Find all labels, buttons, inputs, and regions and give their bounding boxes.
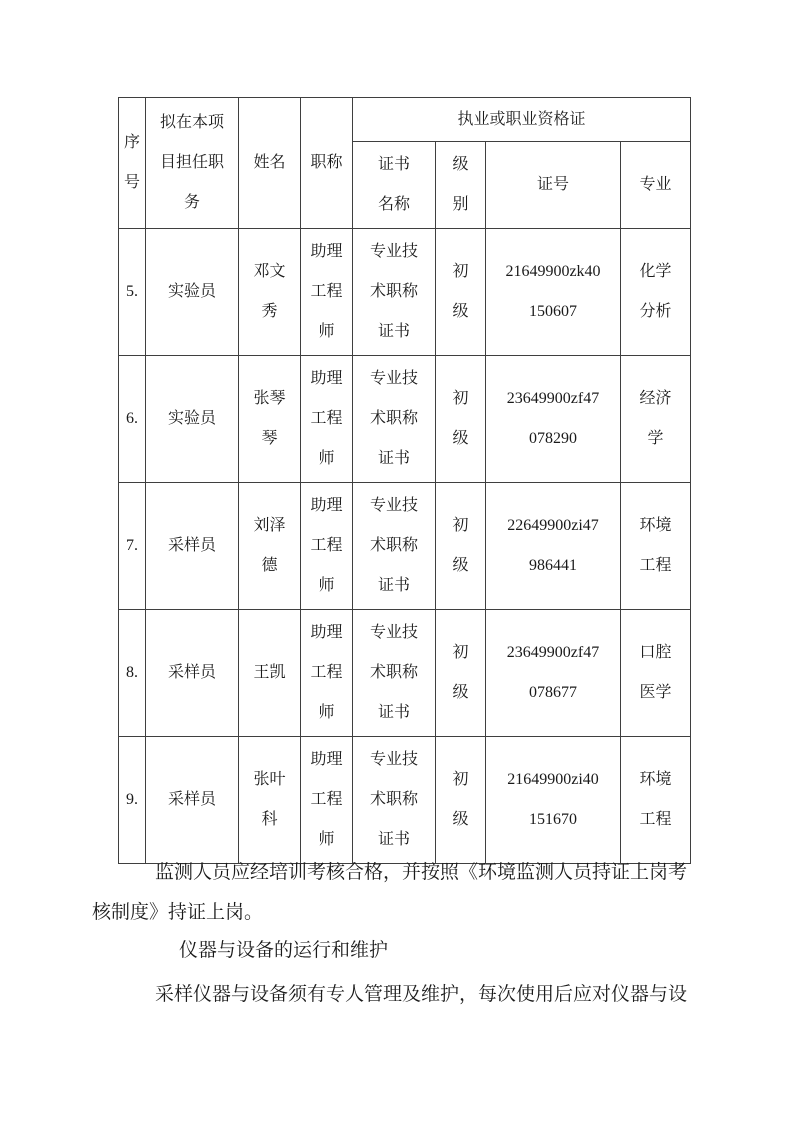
cell-no: 5. <box>119 229 146 356</box>
heading-instruments: 仪器与设备的运行和维护 <box>92 931 800 971</box>
header-col-title: 职称 <box>301 98 353 229</box>
header-col-position: 拟在本项 目担任职 务 <box>146 98 239 229</box>
paragraph-training: 监测人员应经培训考核合格，并按照《环境监测人员持证上岗考 核制度》持证上岗。 <box>92 853 714 933</box>
cell-no: 7. <box>119 483 146 610</box>
cell-level: 初 级 <box>436 737 486 864</box>
cell-title: 助理 工程 师 <box>301 737 353 864</box>
header-col-level: 级 别 <box>436 142 486 229</box>
cell-title: 助理 工程 师 <box>301 483 353 610</box>
cell-position: 采样员 <box>146 483 239 610</box>
table-row: 6. 实验员 张琴 琴 助理 工程 师 专业技 术职称 证书 初 级 23649… <box>119 356 691 483</box>
cell-major: 环境 工程 <box>621 483 691 610</box>
paragraph-sampling: 采样仪器与设备须有专人管理及维护，每次使用后应对仪器与设 <box>92 975 714 1015</box>
table-row: 5. 实验员 邓文 秀 助理 工程 师 专业技 术职称 证书 初 级 21649… <box>119 229 691 356</box>
cell-major: 化学 分析 <box>621 229 691 356</box>
cell-no: 6. <box>119 356 146 483</box>
cell-cert-name: 专业技 术职称 证书 <box>353 610 436 737</box>
cell-level: 初 级 <box>436 356 486 483</box>
cell-cert-no: 21649900zi40 151670 <box>486 737 621 864</box>
cell-title: 助理 工程 师 <box>301 229 353 356</box>
table-row: 8. 采样员 王凯 助理 工程 师 专业技 术职称 证书 初 级 2364990… <box>119 610 691 737</box>
cell-cert-no: 23649900zf47 078290 <box>486 356 621 483</box>
document-page: 序 号 拟在本项 目担任职 务 姓名 职称 执业或职业资格证 证书 名称 级 别… <box>0 0 800 1131</box>
cell-name: 邓文 秀 <box>239 229 301 356</box>
cell-name: 刘泽 德 <box>239 483 301 610</box>
cell-major: 经济 学 <box>621 356 691 483</box>
cell-position: 实验员 <box>146 229 239 356</box>
cell-title: 助理 工程 师 <box>301 610 353 737</box>
header-col-cert-name: 证书 名称 <box>353 142 436 229</box>
cell-cert-no: 23649900zf47 078677 <box>486 610 621 737</box>
cell-cert-name: 专业技 术职称 证书 <box>353 229 436 356</box>
cell-name: 王凯 <box>239 610 301 737</box>
cell-major: 环境 工程 <box>621 737 691 864</box>
table-row: 7. 采样员 刘泽 德 助理 工程 师 专业技 术职称 证书 初 级 22649… <box>119 483 691 610</box>
cell-title: 助理 工程 师 <box>301 356 353 483</box>
cell-position: 采样员 <box>146 737 239 864</box>
cell-no: 9. <box>119 737 146 864</box>
header-group-certificate: 执业或职业资格证 <box>353 98 691 142</box>
cell-position: 实验员 <box>146 356 239 483</box>
cell-cert-no: 21649900zk40 150607 <box>486 229 621 356</box>
cell-name: 张叶 科 <box>239 737 301 864</box>
personnel-qualification-table: 序 号 拟在本项 目担任职 务 姓名 职称 执业或职业资格证 证书 名称 级 别… <box>118 97 691 864</box>
cell-cert-name: 专业技 术职称 证书 <box>353 737 436 864</box>
table-row: 9. 采样员 张叶 科 助理 工程 师 专业技 术职称 证书 初 级 21649… <box>119 737 691 864</box>
cell-no: 8. <box>119 610 146 737</box>
cell-cert-no: 22649900zi47 986441 <box>486 483 621 610</box>
cell-major: 口腔 医学 <box>621 610 691 737</box>
table-header-row-1: 序 号 拟在本项 目担任职 务 姓名 职称 执业或职业资格证 <box>119 98 691 142</box>
cell-level: 初 级 <box>436 610 486 737</box>
cell-level: 初 级 <box>436 483 486 610</box>
cell-cert-name: 专业技 术职称 证书 <box>353 356 436 483</box>
cell-position: 采样员 <box>146 610 239 737</box>
cell-level: 初 级 <box>436 229 486 356</box>
cell-name: 张琴 琴 <box>239 356 301 483</box>
header-col-cert-no: 证号 <box>486 142 621 229</box>
header-col-major: 专业 <box>621 142 691 229</box>
header-col-no: 序 号 <box>119 98 146 229</box>
header-col-name: 姓名 <box>239 98 301 229</box>
cell-cert-name: 专业技 术职称 证书 <box>353 483 436 610</box>
